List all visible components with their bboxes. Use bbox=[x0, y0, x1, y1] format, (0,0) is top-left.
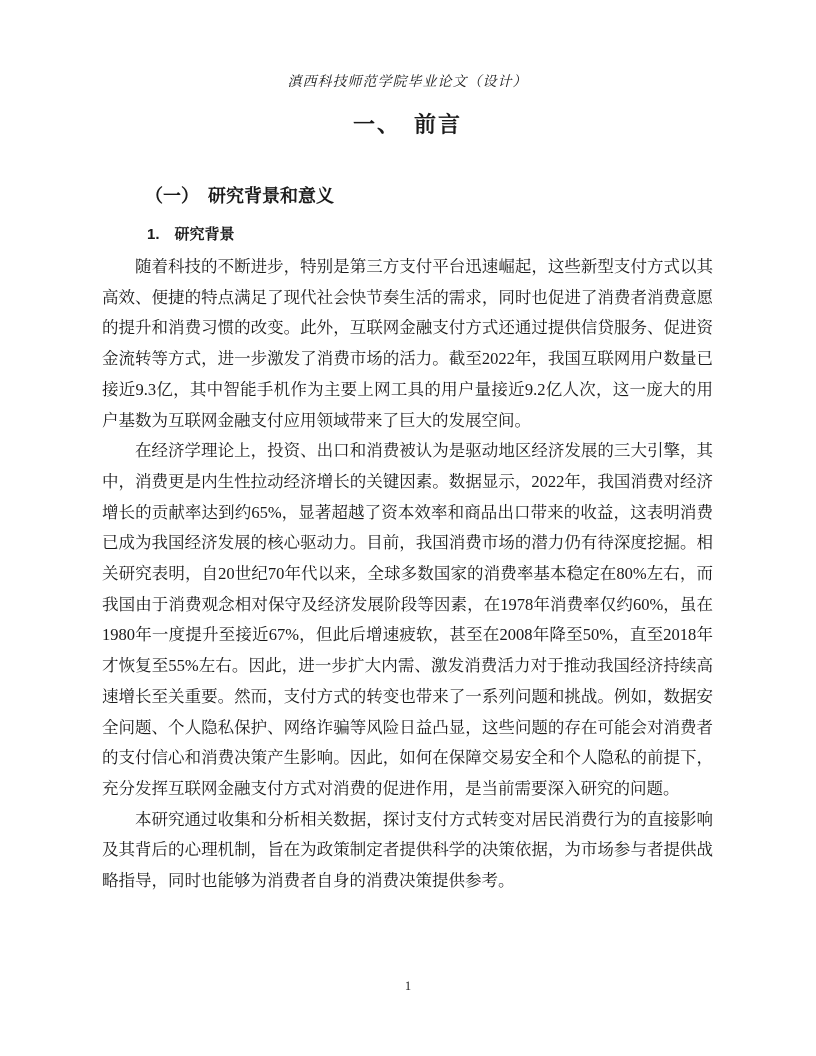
body-text: 随着科技的不断进步，特别是第三方支付平台迅速崛起，这些新型支付方式以其高效、便捷… bbox=[102, 252, 713, 897]
document-page: 滇西科技师范学院毕业论文（设计） 一、 前言 （一） 研究背景和意义 1. 研究… bbox=[0, 0, 816, 1056]
running-header: 滇西科技师范学院毕业论文（设计） bbox=[102, 74, 713, 91]
paragraph-research-background-1: 随着科技的不断进步，特别是第三方支付平台迅速崛起，这些新型支付方式以其高效、便捷… bbox=[102, 252, 713, 436]
section-heading: （一） 研究背景和意义 bbox=[145, 185, 713, 207]
paragraph-research-background-2: 在经济学理论上，投资、出口和消费被认为是驱动地区经济发展的三大引擎，其中，消费更… bbox=[102, 436, 713, 804]
chapter-title: 一、 前言 bbox=[102, 111, 713, 139]
subsection-heading: 1. 研究背景 bbox=[147, 225, 713, 245]
paragraph-research-background-3: 本研究通过收集和分析相关数据，探讨支付方式转变对居民消费行为的直接影响及其背后的… bbox=[102, 805, 713, 897]
page-number: 1 bbox=[0, 979, 816, 994]
